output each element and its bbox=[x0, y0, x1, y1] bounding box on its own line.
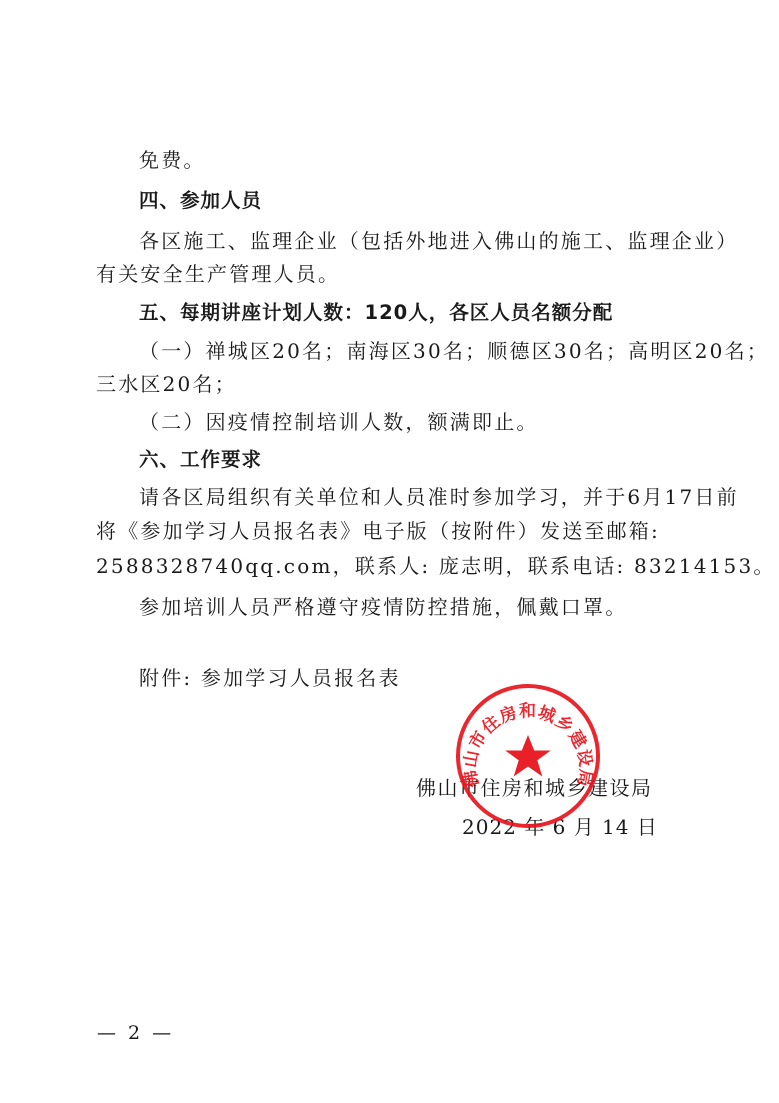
paragraph-line: 有关安全生产管理人员。 bbox=[96, 262, 340, 286]
attachment-note: 附件: 参加学习人员报名表 bbox=[139, 666, 401, 690]
paragraph-line: （一）禅城区20名；南海区30名；顺德区30名；高明区20名； bbox=[139, 339, 769, 363]
contact-line: 2588328740qq.com，联系人: 庞志明，联系电话: 83214153… bbox=[96, 554, 776, 578]
section-heading-quota: 五、每期讲座计划人数：120人，各区人员名额分配 bbox=[139, 301, 613, 325]
paragraph-line: 各区施工、监理企业（包括外地进入佛山的施工、监理企业） bbox=[139, 229, 738, 253]
paragraph-line: 免费。 bbox=[139, 148, 206, 172]
paragraph-line: 参加培训人员严格遵守疫情防控措施，佩戴口罩。 bbox=[139, 595, 627, 619]
page-number: — 2 — bbox=[97, 1022, 174, 1044]
paragraph-line: 将《参加学习人员报名表》电子版（按附件）发送至邮箱: bbox=[96, 519, 660, 543]
section-heading-participants: 四、参加人员 bbox=[139, 189, 262, 213]
star-icon bbox=[505, 735, 551, 777]
paragraph-line: 三水区20名； bbox=[96, 372, 237, 396]
paragraph-line: 请各区局组织有关单位和人员准时参加学习，并于6月17日前 bbox=[139, 485, 739, 509]
official-seal-stamp: 佛山市住房和城乡建设局 bbox=[455, 683, 601, 829]
section-heading-requirements: 六、工作要求 bbox=[139, 448, 262, 472]
paragraph-line: （二）因疫情控制培训人数，额满即止。 bbox=[139, 410, 539, 434]
